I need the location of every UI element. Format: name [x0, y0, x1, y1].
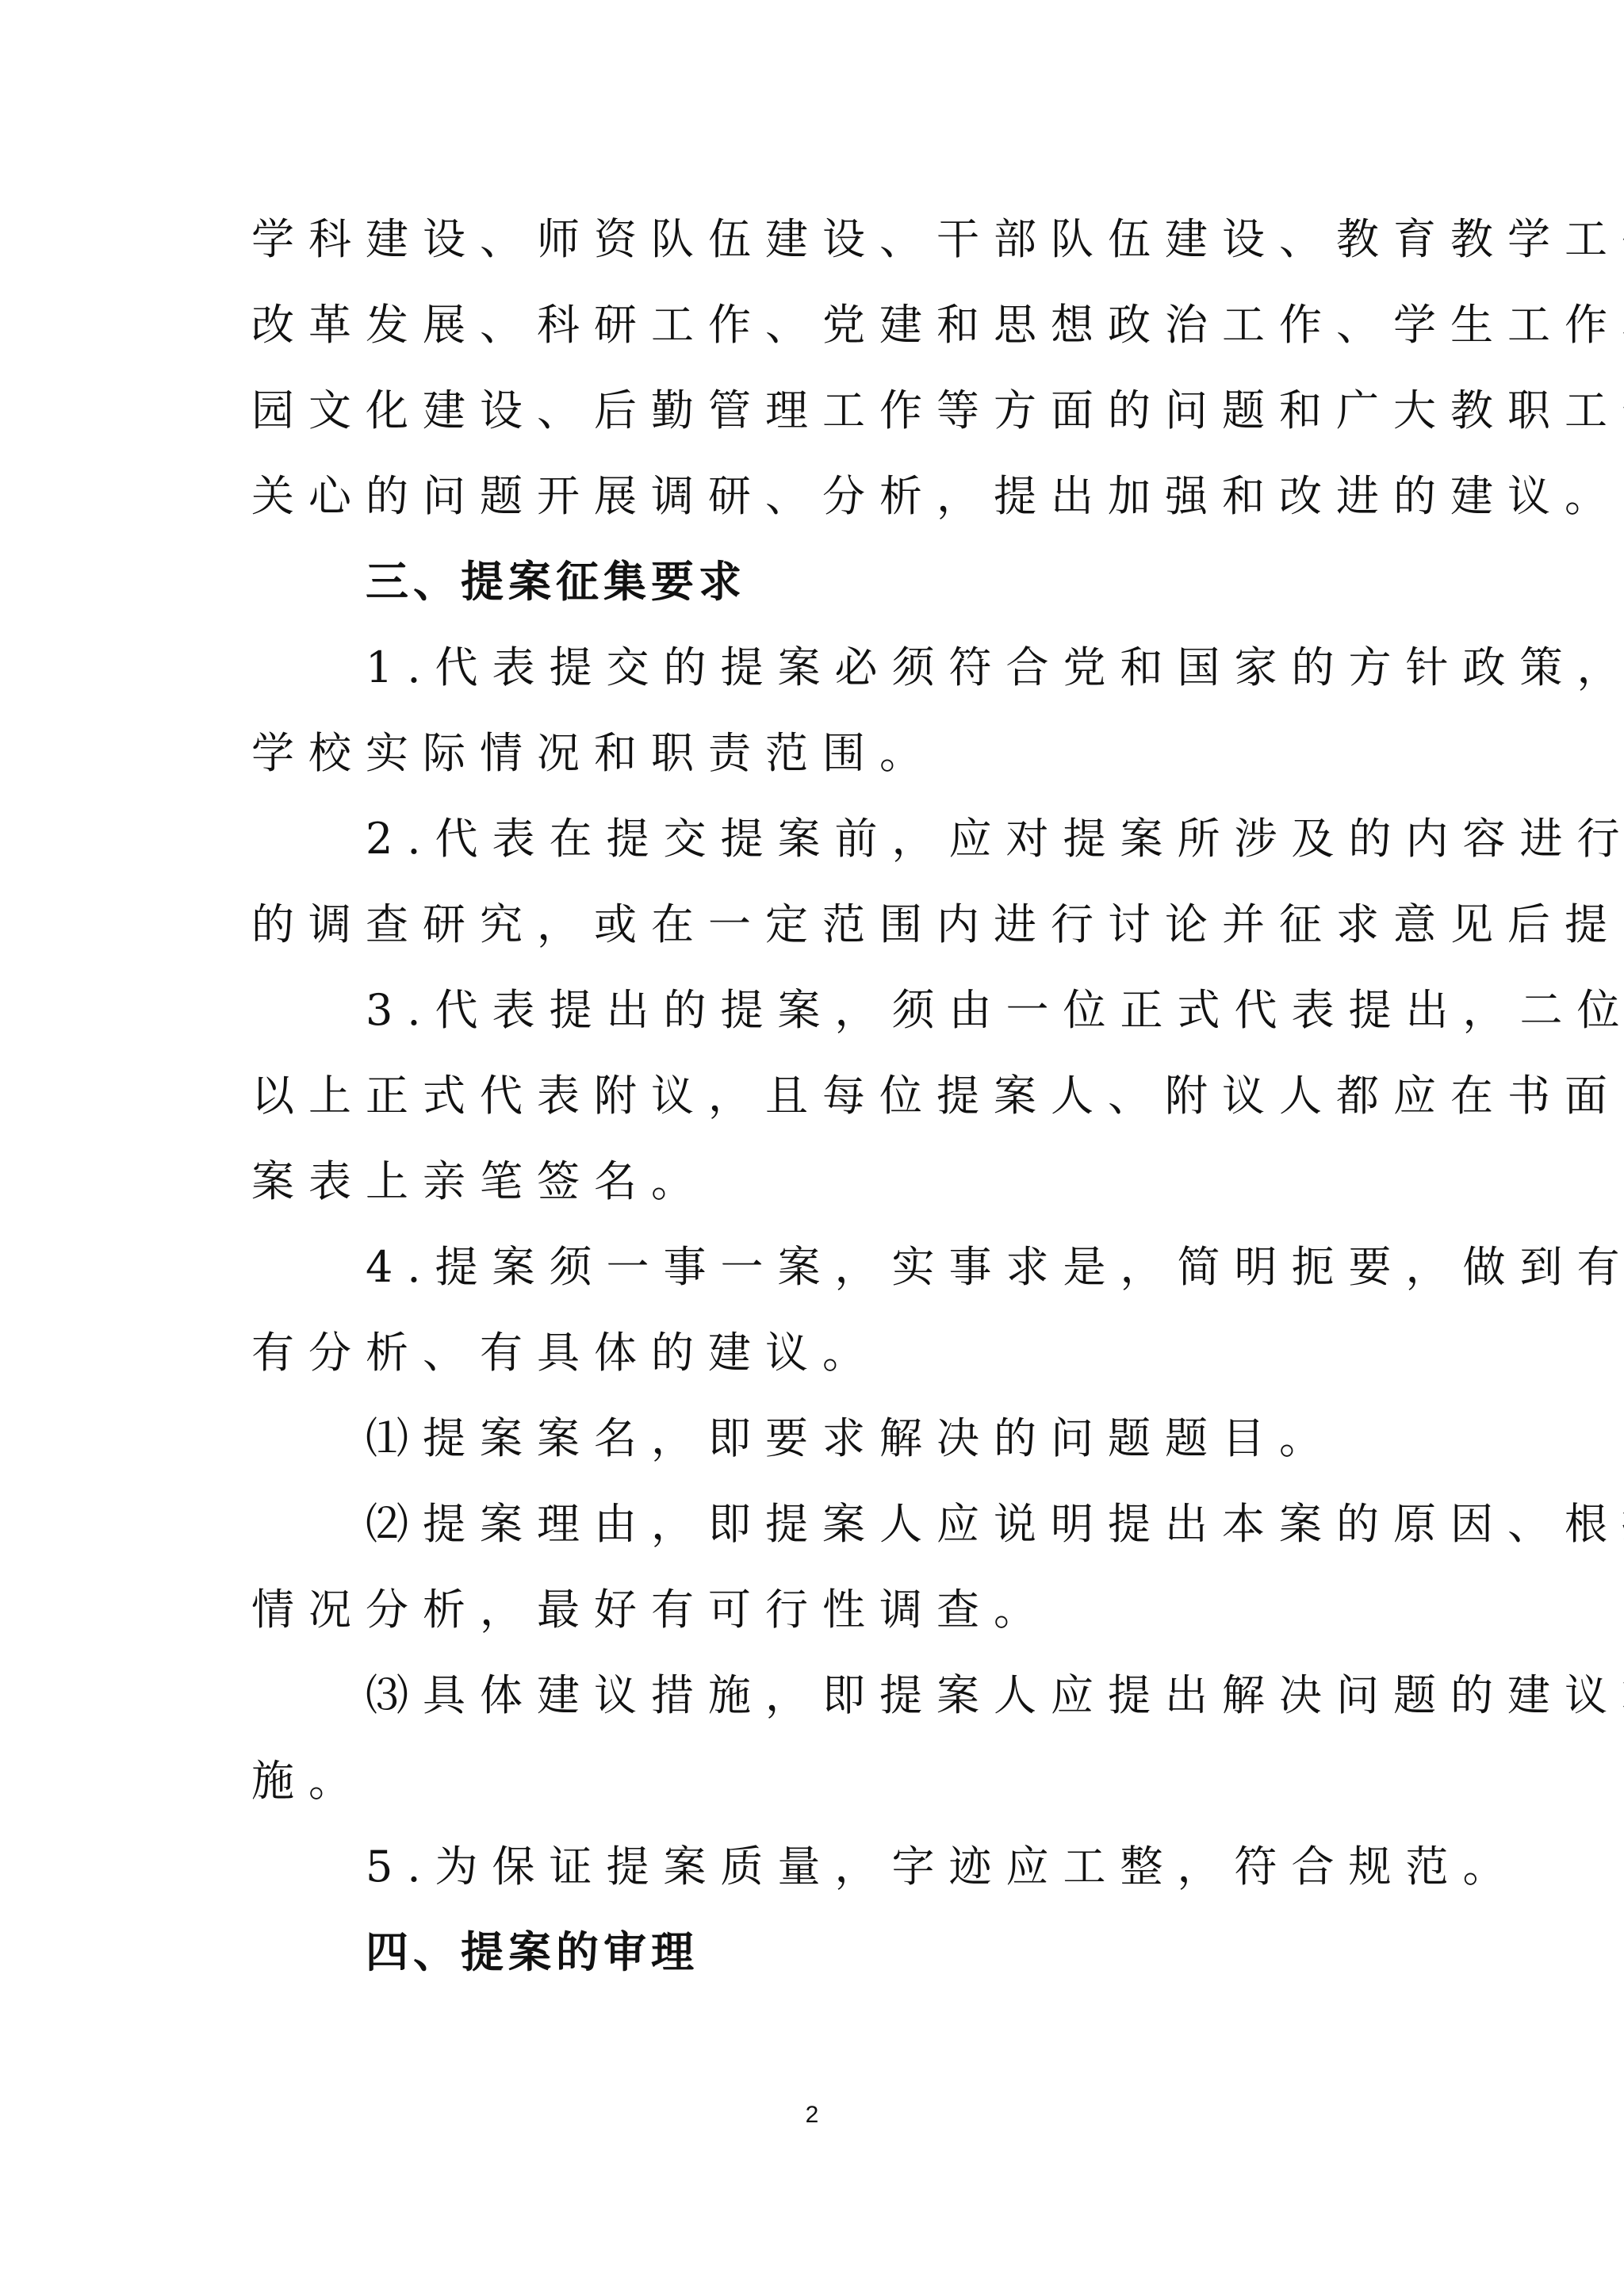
sub-item-2: ⑵提案理由，即提案人应说明提出本案的原因、根据和	[366, 1481, 1523, 1567]
requirement-item-2-cont: 的调查研究，或在一定范围内进行讨论并征求意见后提出。	[251, 882, 1409, 968]
body-text-line: 园文化建设、后勤管理工作等方面的问题和广大教职工普遍	[251, 368, 1409, 454]
requirement-item-5: 5.为保证提案质量，字迹应工整，符合规范。	[366, 1824, 1523, 1910]
page-number: 2	[0, 2102, 1624, 2129]
requirement-item-2: 2.代表在提交提案前，应对提案所涉及的内容进行深入	[366, 796, 1523, 882]
body-text-line: 改革发展、科研工作、党建和思想政治工作、学生工作、校	[251, 282, 1409, 368]
sub-item-3-cont: 施。	[251, 1738, 1409, 1824]
sub-item-1: ⑴提案案名，即要求解决的问题题目。	[366, 1396, 1523, 1481]
section-heading-3: 三、提案征集要求	[366, 539, 1523, 625]
requirement-item-3-cont: 案表上亲笔签名。	[251, 1139, 1409, 1225]
requirement-item-1: 1.代表提交的提案必须符合党和国家的方针政策，切合	[366, 625, 1523, 711]
section-heading-4: 四、提案的审理	[366, 1910, 1523, 1995]
requirement-item-3-cont: 以上正式代表附议，且每位提案人、附议人都应在书面的提	[251, 1053, 1409, 1139]
body-text-line: 关心的问题开展调研、分析，提出加强和改进的建议。	[251, 454, 1409, 539]
sub-item-3: ⑶具体建议措施，即提案人应提出解决问题的建议或措	[366, 1653, 1523, 1738]
requirement-item-4-cont: 有分析、有具体的建议。	[251, 1310, 1409, 1396]
requirement-item-4: 4.提案须一事一案，实事求是，简明扼要，做到有案由、	[366, 1225, 1523, 1310]
sub-item-2-cont: 情况分析，最好有可行性调查。	[251, 1567, 1409, 1653]
requirement-item-3: 3.代表提出的提案，须由一位正式代表提出，二位（含）	[366, 968, 1523, 1053]
body-text-line: 学科建设、师资队伍建设、干部队伍建设、教育教学工作及	[251, 197, 1409, 282]
document-page: 学科建设、师资队伍建设、干部队伍建设、教育教学工作及 改革发展、科研工作、党建和…	[0, 0, 1624, 2296]
requirement-item-1-cont: 学校实际情况和职责范围。	[251, 711, 1409, 796]
